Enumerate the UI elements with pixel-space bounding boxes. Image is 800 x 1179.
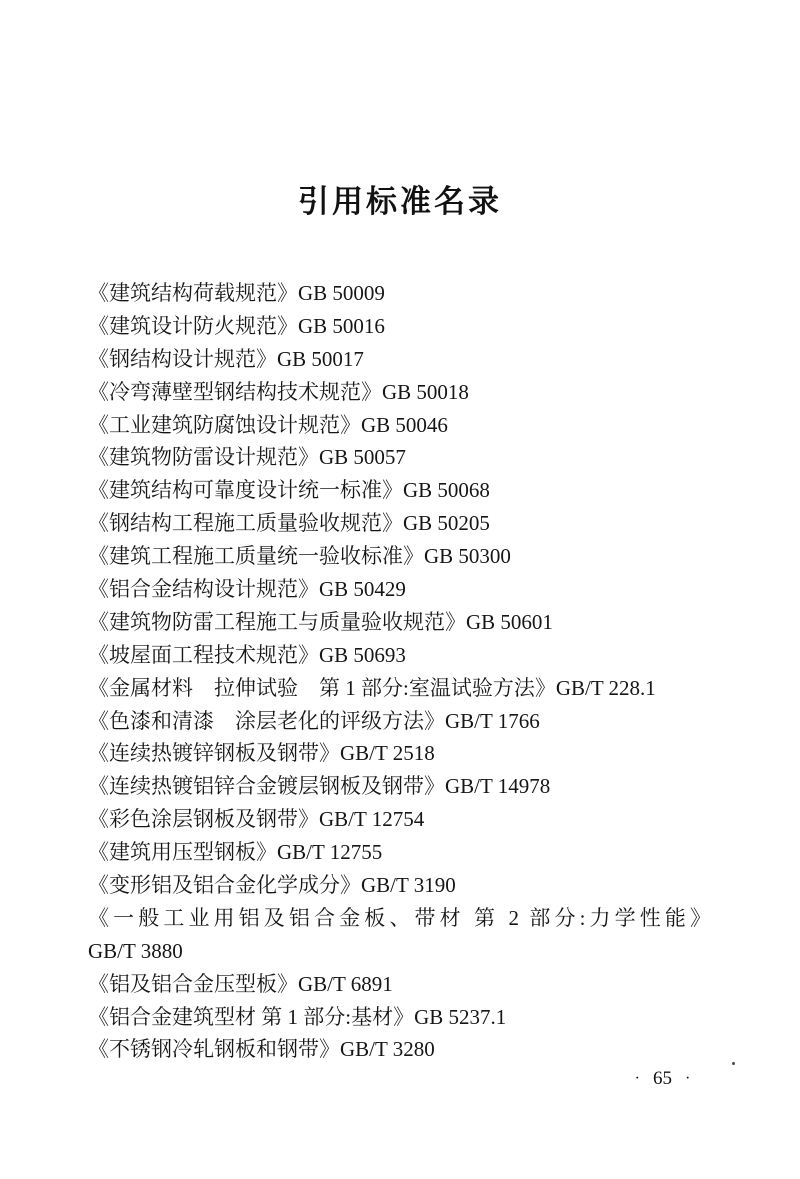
standard-entry: 《建筑物防雷工程施工与质量验收规范》GB 50601: [88, 606, 712, 639]
page-number-left-dot: ·: [635, 1071, 640, 1087]
standard-entry: 《彩色涂层钢板及钢带》GB/T 12754: [88, 803, 712, 836]
standard-entry: 《建筑用压型钢板》GB/T 12755: [88, 836, 712, 869]
standard-entry: 《建筑物防雷设计规范》GB 50057: [88, 441, 712, 474]
page-number-right-dot: ·: [685, 1071, 690, 1087]
document-page: 引用标准名录 《建筑结构荷载规范》GB 50009 《建筑设计防火规范》GB 5…: [0, 0, 800, 1179]
standard-entry: 《铝合金结构设计规范》GB 50429: [88, 573, 712, 606]
standard-entry: 《变形铝及铝合金化学成分》GB/T 3190: [88, 869, 712, 902]
standard-entry: 《铝合金建筑型材 第 1 部分:基材》GB 5237.1: [88, 1001, 712, 1034]
standard-entry: 《建筑结构荷载规范》GB 50009: [88, 277, 712, 310]
standard-entry: 《建筑结构可靠度设计统一标准》GB 50068: [88, 474, 712, 507]
standard-entry: 《建筑工程施工质量统一验收标准》GB 50300: [88, 540, 712, 573]
scan-artifact-speck: [732, 1062, 735, 1065]
page-number: · 65 ·: [600, 1068, 725, 1090]
standard-entry: 《冷弯薄壁型钢结构技术规范》GB 50018: [88, 376, 712, 409]
standard-entry: 《钢结构设计规范》GB 50017: [88, 343, 712, 376]
standard-entry: 《金属材料 拉伸试验 第 1 部分:室温试验方法》GB/T 228.1: [88, 672, 712, 705]
standard-entry: 《连续热镀锌钢板及钢带》GB/T 2518: [88, 737, 712, 770]
standard-entry: 《色漆和清漆 涂层老化的评级方法》GB/T 1766: [88, 705, 712, 738]
page-number-value: 65: [653, 1068, 672, 1090]
standards-list: 《建筑结构荷载规范》GB 50009 《建筑设计防火规范》GB 50016 《钢…: [88, 277, 712, 1066]
standard-entry: 《工业建筑防腐蚀设计规范》GB 50046: [88, 409, 712, 442]
standard-entry: 《铝及铝合金压型板》GB/T 6891: [88, 968, 712, 1001]
standard-entry: 《建筑设计防火规范》GB 50016: [88, 310, 712, 343]
standard-entry: 《不锈钢冷轧钢板和钢带》GB/T 3280: [88, 1033, 712, 1066]
standard-entry: 《坡屋面工程技术规范》GB 50693: [88, 639, 712, 672]
standard-entry: 《连续热镀铝锌合金镀层钢板及钢带》GB/T 14978: [88, 770, 712, 803]
standard-entry: 《钢结构工程施工质量验收规范》GB 50205: [88, 507, 712, 540]
page-title: 引用标准名录: [88, 176, 712, 221]
standard-entry: 《一般工业用铝及铝合金板、带材 第 2 部分:力学性能》: [88, 902, 712, 935]
standard-entry-continuation: GB/T 3880: [88, 935, 712, 968]
